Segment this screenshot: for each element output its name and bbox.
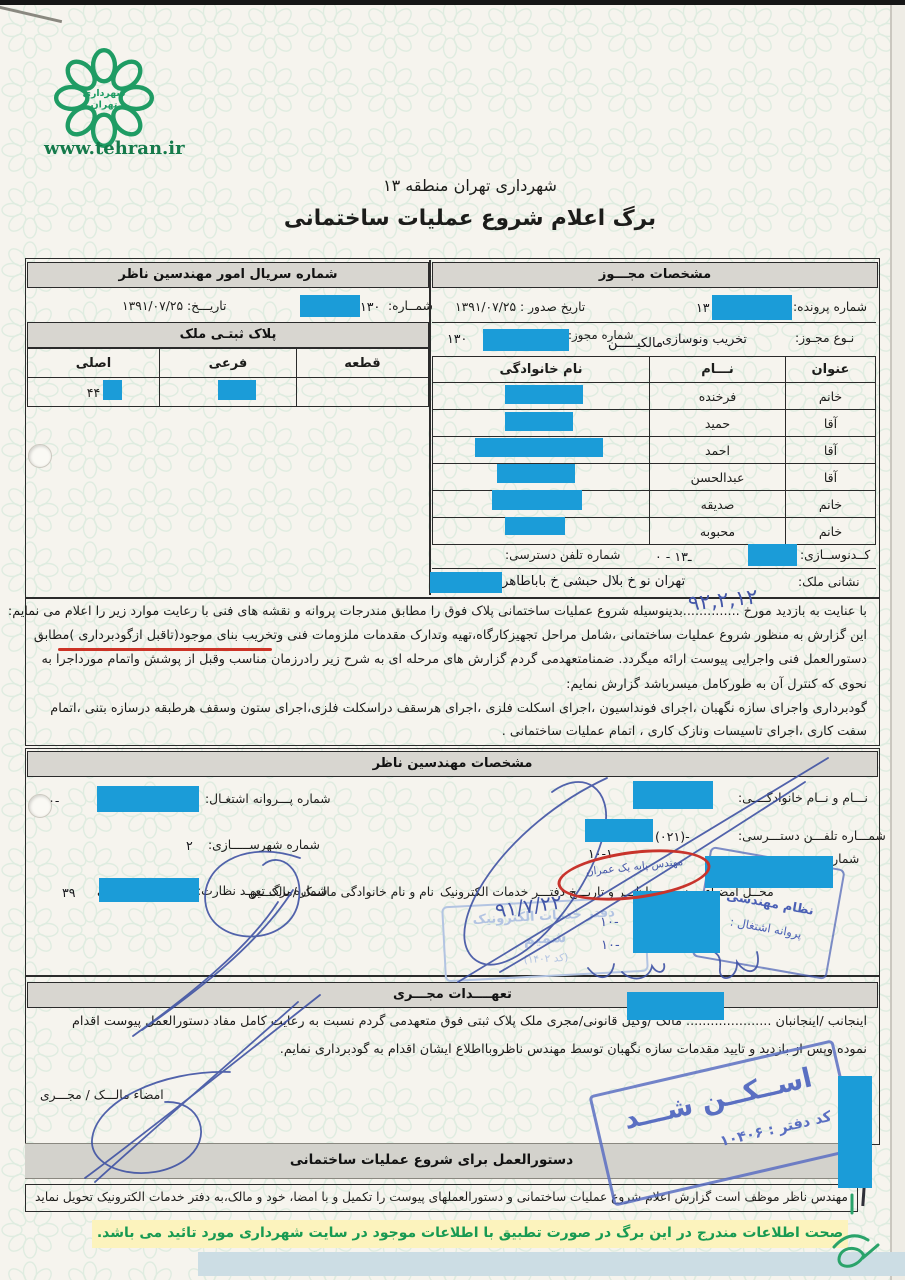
owner-signature-tail1 bbox=[142, 890, 293, 1030]
red-underline-annotation bbox=[58, 648, 272, 651]
owner-signature-tail2 bbox=[133, 902, 278, 1036]
permit-row-divider bbox=[432, 322, 876, 323]
owner-row: آقا حمید bbox=[433, 410, 876, 437]
redaction-box-license bbox=[97, 786, 199, 812]
declaration-line-3: دستورالعمل فنی واجرایی پیوست ارائه میگرد… bbox=[41, 654, 867, 667]
green-tilde-mark bbox=[834, 1236, 868, 1247]
owner-first-name: عبدالحسن bbox=[650, 464, 786, 491]
owner-first-name: احمد bbox=[650, 437, 786, 464]
owner-first-name: حمید bbox=[650, 410, 786, 437]
redaction-box-permit-number bbox=[483, 329, 569, 351]
code-row-divider bbox=[432, 568, 876, 569]
redaction-box-serial-number bbox=[300, 295, 360, 317]
scanned-document-page: شهرداری تهران www.tehran.ir شهرداری تهرا… bbox=[0, 0, 905, 1280]
handwritten-number-1: ۱۰- bbox=[600, 915, 619, 930]
redaction-box-membership-b bbox=[633, 891, 720, 953]
scan-top-edge bbox=[0, 0, 905, 5]
plate-col-piece: قطعه bbox=[297, 349, 429, 378]
scanned-stamp-line2: کد دفتر : ۱۰۴۰۶ bbox=[719, 1109, 834, 1150]
redaction-box-file-number bbox=[712, 295, 792, 320]
executor-signature-line2 bbox=[95, 1002, 298, 1182]
tehran-municipality-logo-icon: شهرداری تهران bbox=[52, 46, 156, 150]
declaration-line-5: گودبرداری واجرای سازه نگهبان ،اجرای فوند… bbox=[50, 703, 867, 716]
green-letter-mark bbox=[839, 1245, 878, 1266]
owner-first-name: صدیقه bbox=[650, 491, 786, 518]
redaction-box-plate-sub bbox=[218, 380, 256, 400]
redaction-box-address bbox=[430, 572, 502, 593]
owners-col-first: نـــام bbox=[650, 357, 786, 383]
redaction-box-lastname-3 bbox=[475, 438, 603, 457]
top-box-divider bbox=[429, 260, 431, 595]
redaction-box-lastname-2 bbox=[505, 412, 573, 431]
redaction-box-engineer-phone bbox=[585, 819, 653, 842]
highlighted-validity-note: صحت اطلاعات مندرج در این برگ در صورت تطب… bbox=[92, 1220, 848, 1248]
owner-title: آقا bbox=[786, 410, 876, 437]
declaration-line-2: این گزارش به منظور شروع عملیات ساختمانی … bbox=[34, 630, 867, 643]
redaction-box-margin-bar bbox=[838, 1076, 872, 1188]
plate-col-sub: فرعی bbox=[160, 349, 297, 378]
owner-first-name: فرخنده bbox=[650, 383, 786, 410]
owners-col-title: عنوان bbox=[786, 357, 876, 383]
owner-title: آقا bbox=[786, 437, 876, 464]
redaction-box-lastname-1 bbox=[505, 385, 583, 404]
owner-first-name: محبوبه bbox=[650, 518, 786, 545]
owner-signature-loop bbox=[205, 852, 300, 937]
redaction-box-lastname-6 bbox=[505, 517, 565, 535]
redaction-box-engineer-name bbox=[633, 781, 713, 809]
redaction-box-membership-a bbox=[705, 856, 833, 888]
owner-row: خانم فرخنده bbox=[433, 383, 876, 410]
logo-text-line1: شهرداری bbox=[82, 88, 125, 99]
redaction-box-lastname-4 bbox=[497, 464, 575, 483]
bottom-scan-bar bbox=[198, 1252, 905, 1276]
owner-row: خانم محبوبه bbox=[433, 518, 876, 545]
redaction-box-lastname-5 bbox=[492, 490, 582, 510]
owner-title: خانم bbox=[786, 383, 876, 410]
owner-title: خانم bbox=[786, 518, 876, 545]
owner-title: خانم bbox=[786, 491, 876, 518]
plate-piece-value bbox=[297, 378, 429, 407]
executor-name-scribble bbox=[588, 964, 664, 979]
redaction-box-executor-name bbox=[627, 992, 724, 1020]
redaction-box-renovation-code bbox=[748, 544, 797, 566]
hole-punch-top bbox=[28, 444, 52, 468]
redaction-box-plate-main bbox=[103, 380, 122, 400]
declaration-line-4: نحوی که کنترل آن به طورکامل میسرباشد گزا… bbox=[566, 679, 867, 692]
highlighted-validity-text: صحت اطلاعات مندرج در این برگ در صورت تطب… bbox=[92, 1220, 848, 1247]
declaration-line-6: سفت کاری ،اجرای تاسیسات ونازک کاری ، اتم… bbox=[502, 726, 867, 739]
handwritten-number-2: ۱۰- bbox=[601, 938, 620, 953]
owners-col-last: نام خانوادگی bbox=[433, 357, 650, 383]
redaction-box-oversight bbox=[99, 878, 199, 902]
logo-text-line2: تهران bbox=[91, 99, 118, 110]
page-title: برگ اعلام شروع عملیات ساختمانی bbox=[160, 206, 780, 231]
plate-main-value: ۴۴ bbox=[28, 378, 160, 407]
owner-title: آقا bbox=[786, 464, 876, 491]
plate-col-main: اصلی bbox=[28, 349, 160, 378]
website-url: www.tehran.ir bbox=[44, 138, 185, 159]
org-district-line: شهرداری تهران منطقه ۱۳ bbox=[180, 176, 760, 195]
